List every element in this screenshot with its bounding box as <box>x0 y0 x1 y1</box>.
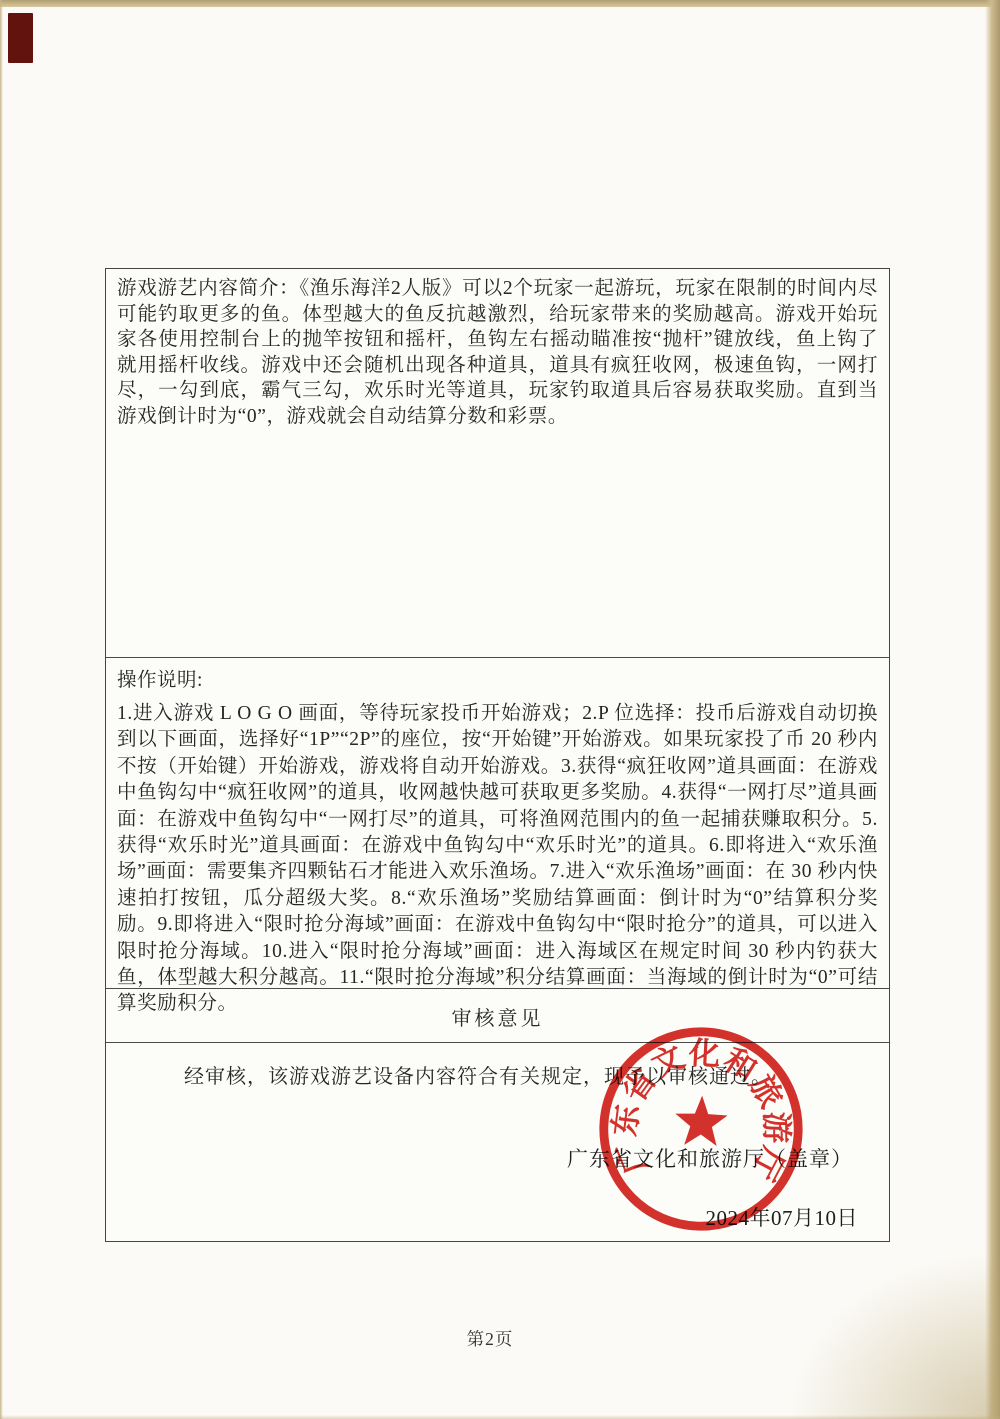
official-seal-stamp: 广东省文化和旅游厅 <box>589 1017 812 1240</box>
scan-corner-shadow <box>760 1229 1000 1419</box>
operations-text: 1.进入游戏 L O G O 画面，等待玩家投币开始游戏；2.P 位选择：投币后… <box>117 701 878 1018</box>
operations-title: 操作说明: <box>117 664 878 692</box>
scan-red-corner-mark <box>8 13 33 63</box>
scan-edge-top <box>0 0 1000 7</box>
game-intro-text: 游戏游艺内容简介：《渔乐海洋2人版》可以2个玩家一起游玩，玩家在限制的时间内尽可… <box>117 276 878 430</box>
section-operation-instructions: 操作说明: 1.进入游戏 L O G O 画面，等待玩家投币开始游戏；2.P 位… <box>106 658 889 989</box>
page-number: 第2页 <box>467 1329 514 1349</box>
page-footer: 第2页 <box>0 1326 990 1351</box>
section-game-intro: 游戏游艺内容简介：《渔乐海洋2人版》可以2个玩家一起游玩，玩家在限制的时间内尽可… <box>106 269 889 658</box>
seal-star-icon <box>674 1095 728 1147</box>
scan-edge-left <box>0 0 3 1419</box>
review-opinion-title: 审核意见 <box>452 1002 544 1031</box>
scan-edge-right <box>985 0 1000 1419</box>
